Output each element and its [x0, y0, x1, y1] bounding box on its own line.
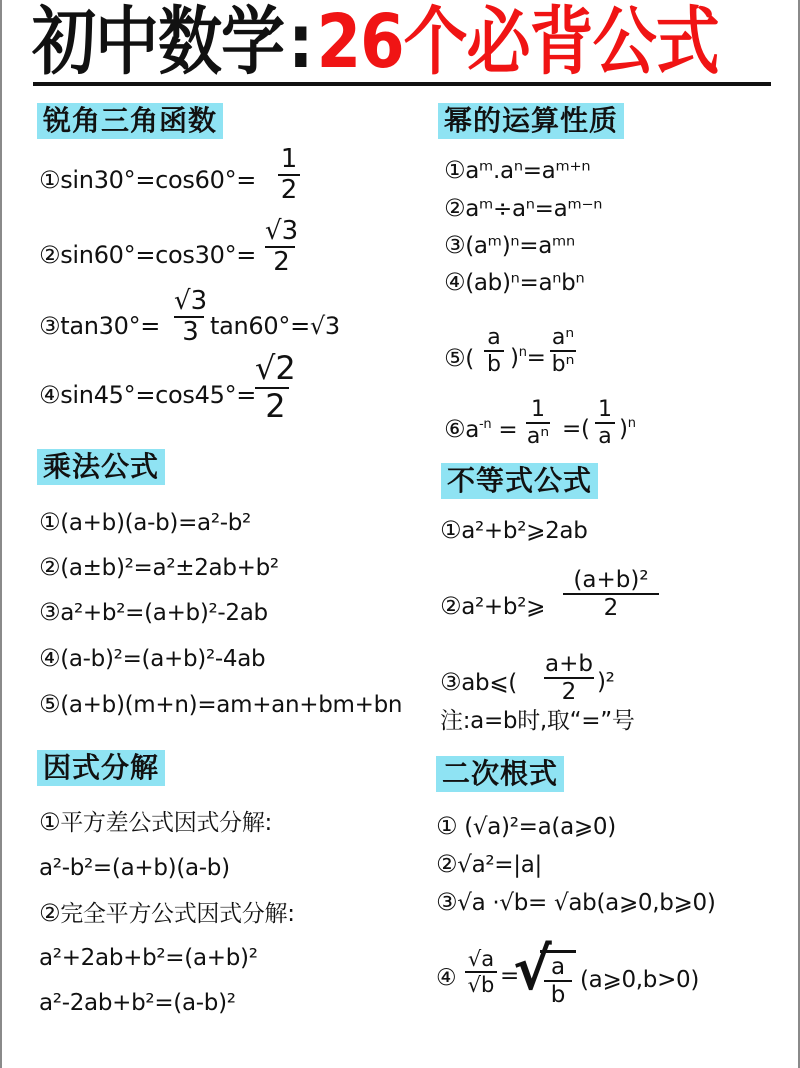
title-underline — [33, 82, 771, 86]
powers-formula-6-fraction-b: 1a — [595, 398, 615, 448]
section-heading-radicals: 二次根式 — [436, 756, 564, 792]
trig-formula-4-fraction: √22 — [255, 352, 296, 423]
multiplication-formula-2: ②(a±b)²=a²±2ab+b² — [39, 553, 279, 582]
section-heading-powers: 幂的运算性质 — [438, 103, 624, 139]
powers-formula-5-mid: )n= — [510, 344, 546, 372]
trig-formula-4: ④sin45°=cos45°= — [39, 381, 256, 409]
multiplication-formula-5: ⑤(a+b)(m+n)=am+an+bm+bn — [39, 690, 402, 719]
title-subject: 初中数学 — [32, 6, 284, 80]
trig-formula-3: ③tan30°= — [39, 312, 160, 340]
multiplication-formula-3: ③a²+b²=(a+b)²-2ab — [39, 598, 268, 627]
powers-formula-5-fraction-a: ab — [484, 326, 504, 376]
radicals-formula-4-condition: (a⩾0,b>0) — [580, 966, 699, 994]
powers-formula-6-lhs: ⑥a-n = — [444, 415, 517, 444]
title-highlight: 26个必背公式 — [317, 6, 719, 80]
page-title: 初中数学 : 26个必背公式 — [32, 6, 719, 80]
inequality-formula-2-fraction: (a+b)²2 — [563, 568, 659, 620]
section-heading-factorization: 因式分解 — [37, 750, 165, 786]
multiplication-formula-4: ④(a-b)²=(a+b)²-4ab — [39, 644, 265, 673]
multiplication-formula-1: ①(a+b)(a-b)=a²-b² — [39, 508, 251, 537]
trig-formula-2: ②sin60°=cos30°= — [39, 241, 256, 269]
radicals-formula-3: ③√a ·√b= √ab(a⩾0,b⩾0) — [436, 888, 716, 917]
trig-formula-3-rhs: tan60°=√3 — [210, 312, 340, 340]
radicals-formula-2: ②√a²=|a| — [436, 850, 542, 879]
title-colon: : — [288, 6, 313, 80]
page-border-left — [0, 0, 2, 1068]
radicals-formula-4-marker: ④ — [436, 964, 456, 992]
trig-formula-2-fraction: √32 — [265, 218, 298, 277]
trig-formula-1: ①sin30°=cos60°= — [39, 166, 256, 194]
radicals-formula-4-fraction-right: ab — [544, 955, 572, 1007]
powers-formula-2: ②aᵐ÷aⁿ=aᵐ⁻ⁿ — [444, 194, 602, 223]
powers-formula-6-mid: =( — [562, 415, 590, 443]
inequality-note: 注:a=b时,取“=”号 — [440, 707, 635, 735]
section-heading-trig: 锐角三角函数 — [37, 103, 223, 139]
factorization-formula-2a: a²+2ab+b²=(a+b)² — [39, 944, 258, 972]
section-heading-multiplication: 乘法公式 — [37, 449, 165, 485]
powers-formula-4: ④(ab)ⁿ=aⁿbⁿ — [444, 268, 584, 297]
section-heading-inequality: 不等式公式 — [441, 463, 598, 499]
inequality-formula-3-rhs: )² — [597, 668, 615, 696]
factorization-formula-2b: a²-2ab+b²=(a-b)² — [39, 989, 236, 1017]
radical-overline — [540, 950, 576, 953]
radicals-formula-4-fraction-left: √a√b — [465, 948, 497, 996]
powers-formula-5-fraction-b: aⁿbⁿ — [550, 326, 576, 376]
powers-formula-1: ①aᵐ.aⁿ=aᵐ⁺ⁿ — [444, 156, 590, 185]
trig-formula-3-fraction: √33 — [174, 288, 207, 347]
inequality-formula-3-fraction: a+b2 — [544, 652, 594, 704]
powers-formula-3: ③(aᵐ)ⁿ=aᵐⁿ — [444, 231, 575, 260]
powers-formula-6-fraction-a: 1aⁿ — [526, 398, 550, 448]
powers-formula-6-end: )n — [619, 415, 636, 443]
inequality-formula-1: ①a²+b²⩾2ab — [440, 516, 588, 545]
radicals-formula-1: ① (√a)²=a(a⩾0) — [436, 812, 616, 841]
inequality-formula-2-lhs: ②a²+b²⩾ — [440, 592, 545, 621]
inequality-formula-3-lhs: ③ab⩽( — [440, 668, 517, 697]
powers-formula-5-marker: ⑤( — [444, 344, 474, 373]
factorization-label-2: ②完全平方公式因式分解: — [39, 899, 295, 928]
factorization-label-1: ①平方差公式因式分解: — [39, 808, 272, 837]
factorization-formula-1: a²-b²=(a+b)(a-b) — [39, 854, 230, 882]
trig-formula-1-fraction: 12 — [278, 146, 300, 205]
